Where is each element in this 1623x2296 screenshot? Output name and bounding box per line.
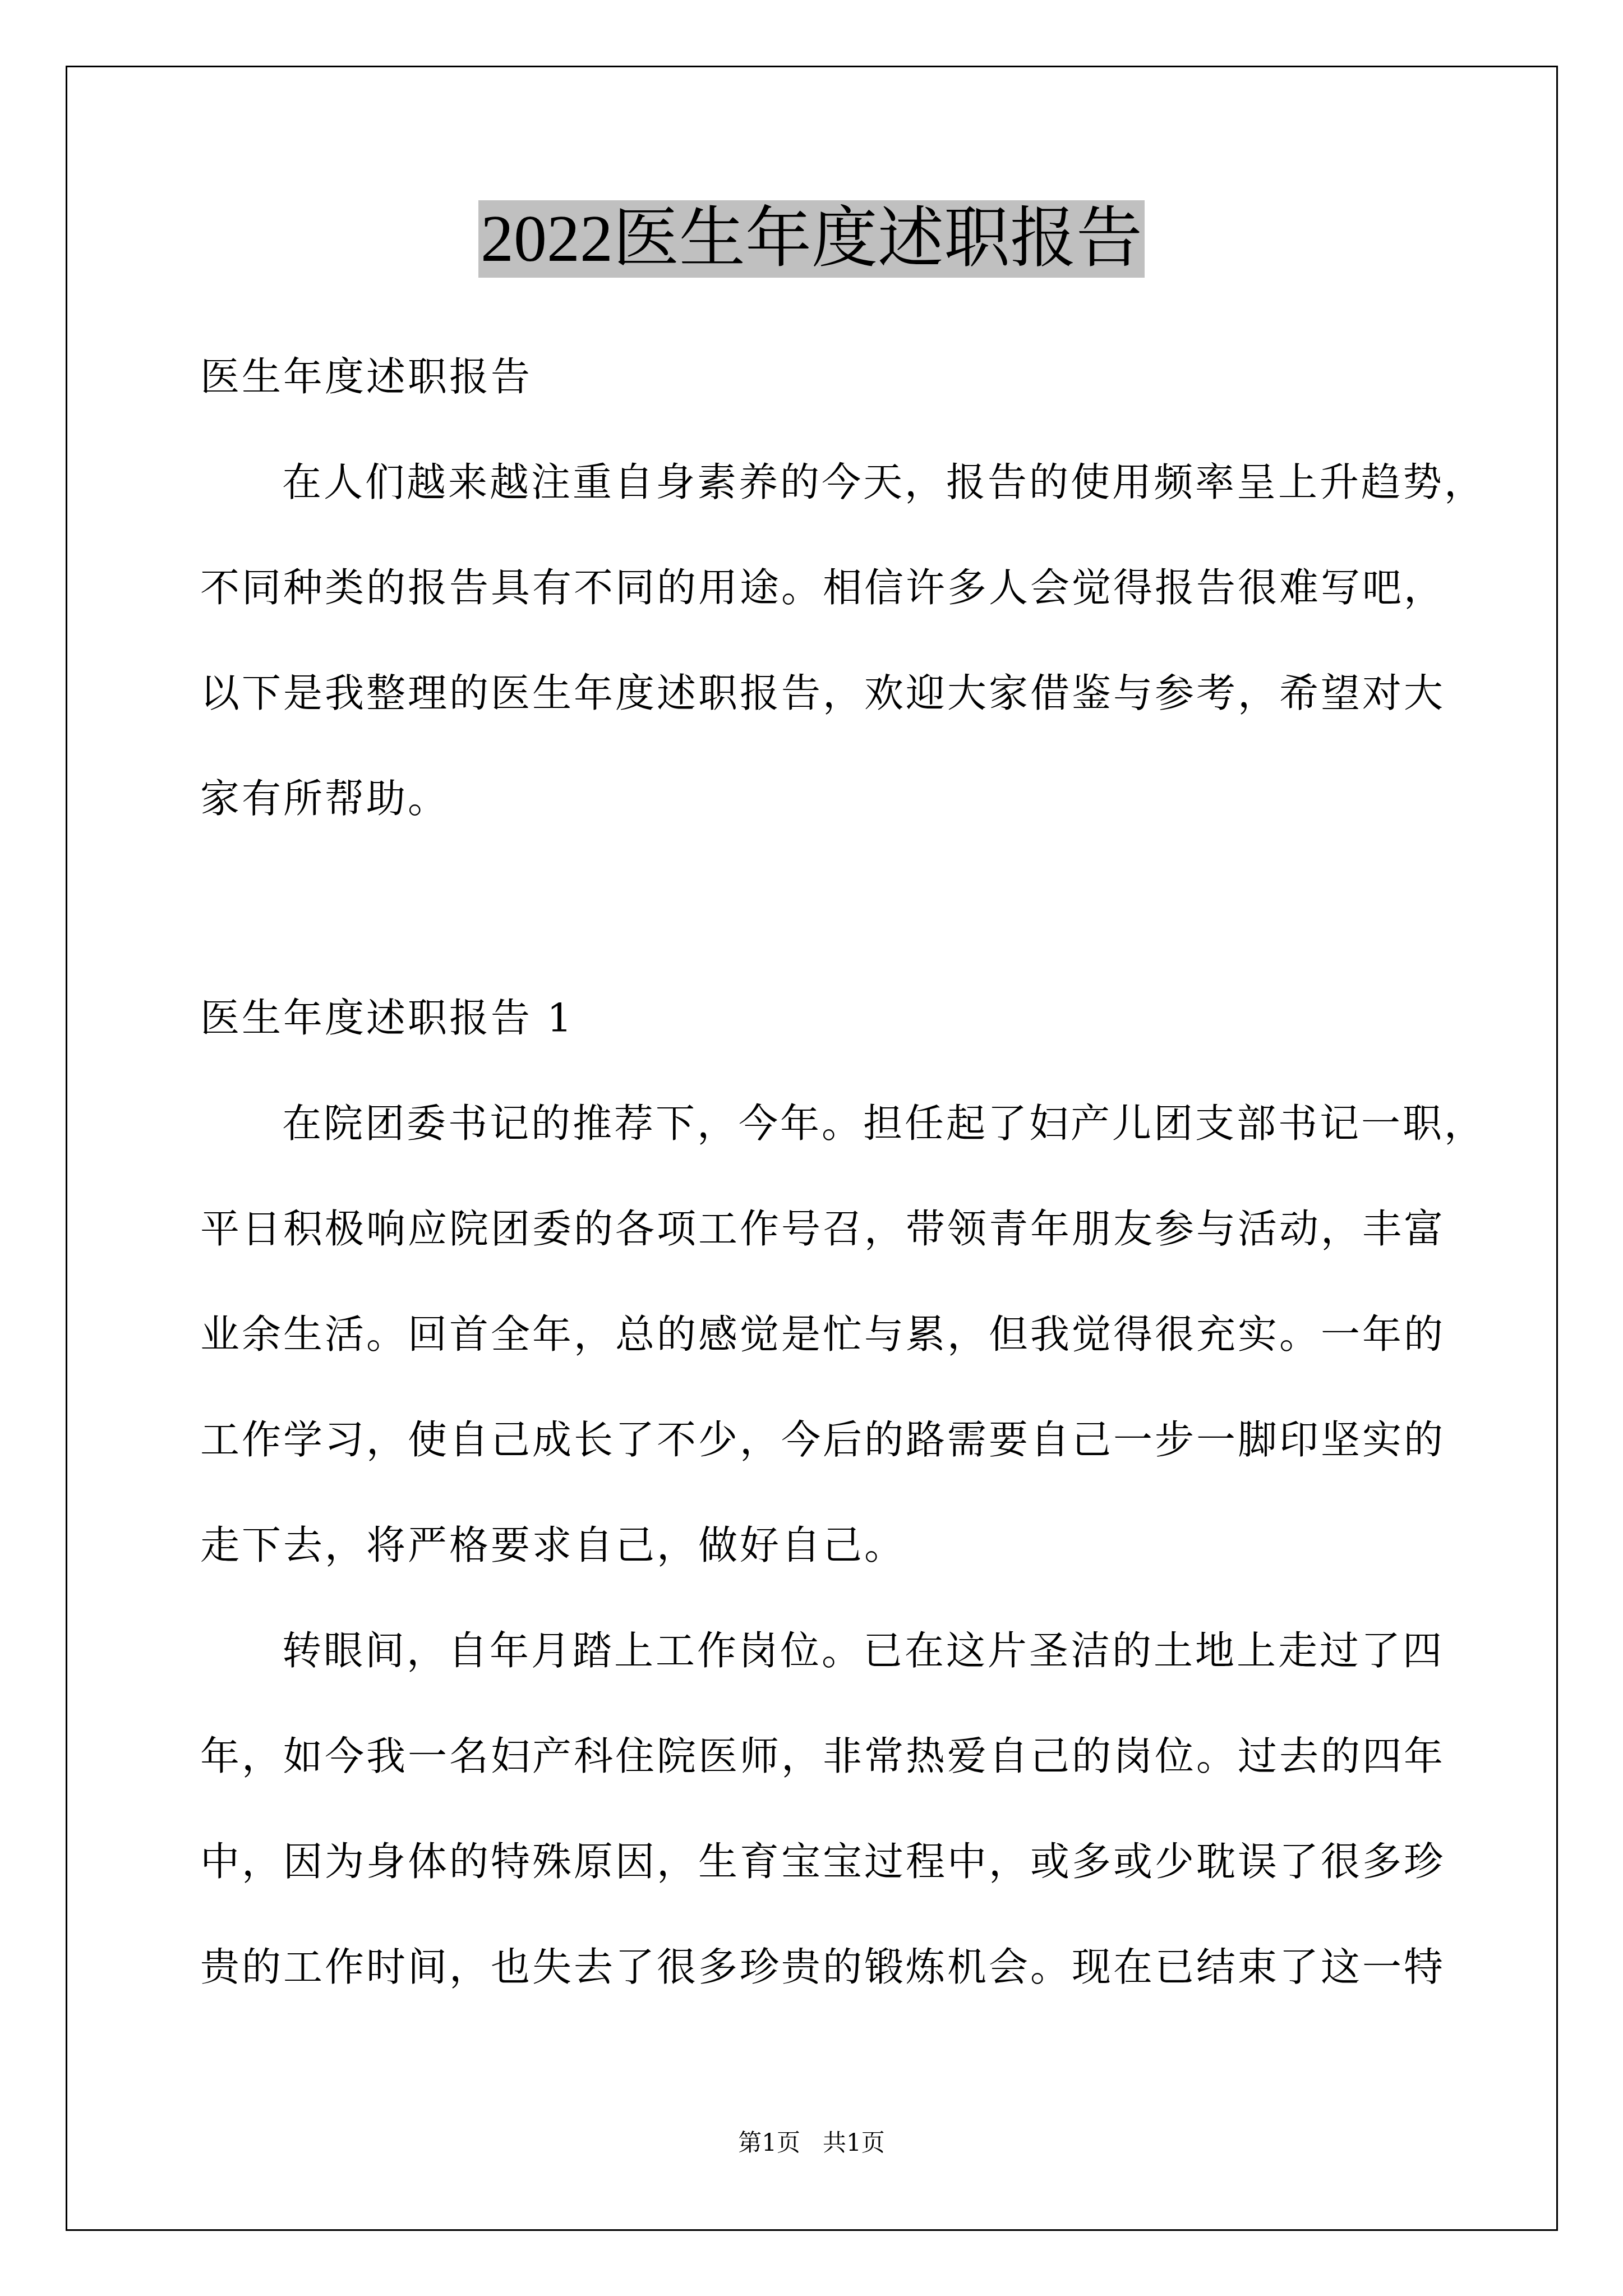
subtitle: 医生年度述职报告 — [200, 355, 532, 399]
paragraph1-line-4: 工作学习，使自己成长了不少，今后的路需要自己一步一脚印坚实的 — [200, 1418, 1445, 1462]
paragraph2-line-1: 转眼间，自年月踏上工作岗位。已在这片圣洁的土地上走过了四 — [282, 1628, 1444, 1673]
paragraph2-line-4: 贵的工作时间，也失去了很多珍贵的锻炼机会。现在已结束了这一特 — [200, 1945, 1445, 1990]
paragraph2-line-3: 中，因为身体的特殊原因，生育宝宝过程中，或多或少耽误了很多珍 — [200, 1839, 1445, 1884]
intro-line-3: 以下是我整理的医生年度述职报告，欢迎大家借鉴与参考，希望对大 — [200, 671, 1445, 716]
paragraph1-line-3: 业余生活。回首全年，总的感觉是忙与累，但我觉得很充实。一年的 — [200, 1312, 1445, 1357]
title-container: 2022医生年度述职报告 — [0, 200, 1623, 278]
paragraph1-line-5: 走下去，将严格要求自己，做好自己。 — [200, 1523, 906, 1568]
intro-line-4: 家有所帮助。 — [200, 776, 449, 821]
page-footer: 第1页 共1页 — [0, 2129, 1623, 2157]
paragraph2-line-2: 年，如今我一名妇产科住院医师，非常热爱自己的岗位。过去的四年 — [200, 1734, 1445, 1779]
paragraph1-line-2: 平日积极响应院团委的各项工作号召，带领青年朋友参与活动，丰富 — [200, 1207, 1445, 1251]
intro-line-2: 不同种类的报告具有不同的用途。相信许多人会觉得报告很难写吧， — [200, 565, 1445, 610]
paragraph1-line-1: 在院团委书记的推荐下，今年。担任起了妇产儿团支部书记一职， — [282, 1101, 1486, 1146]
document-title: 2022医生年度述职报告 — [478, 200, 1145, 278]
section-heading: 医生年度述职报告 1 — [200, 996, 574, 1041]
intro-line-1: 在人们越来越注重自身素养的今天，报告的使用频率呈上升趋势， — [282, 460, 1486, 505]
